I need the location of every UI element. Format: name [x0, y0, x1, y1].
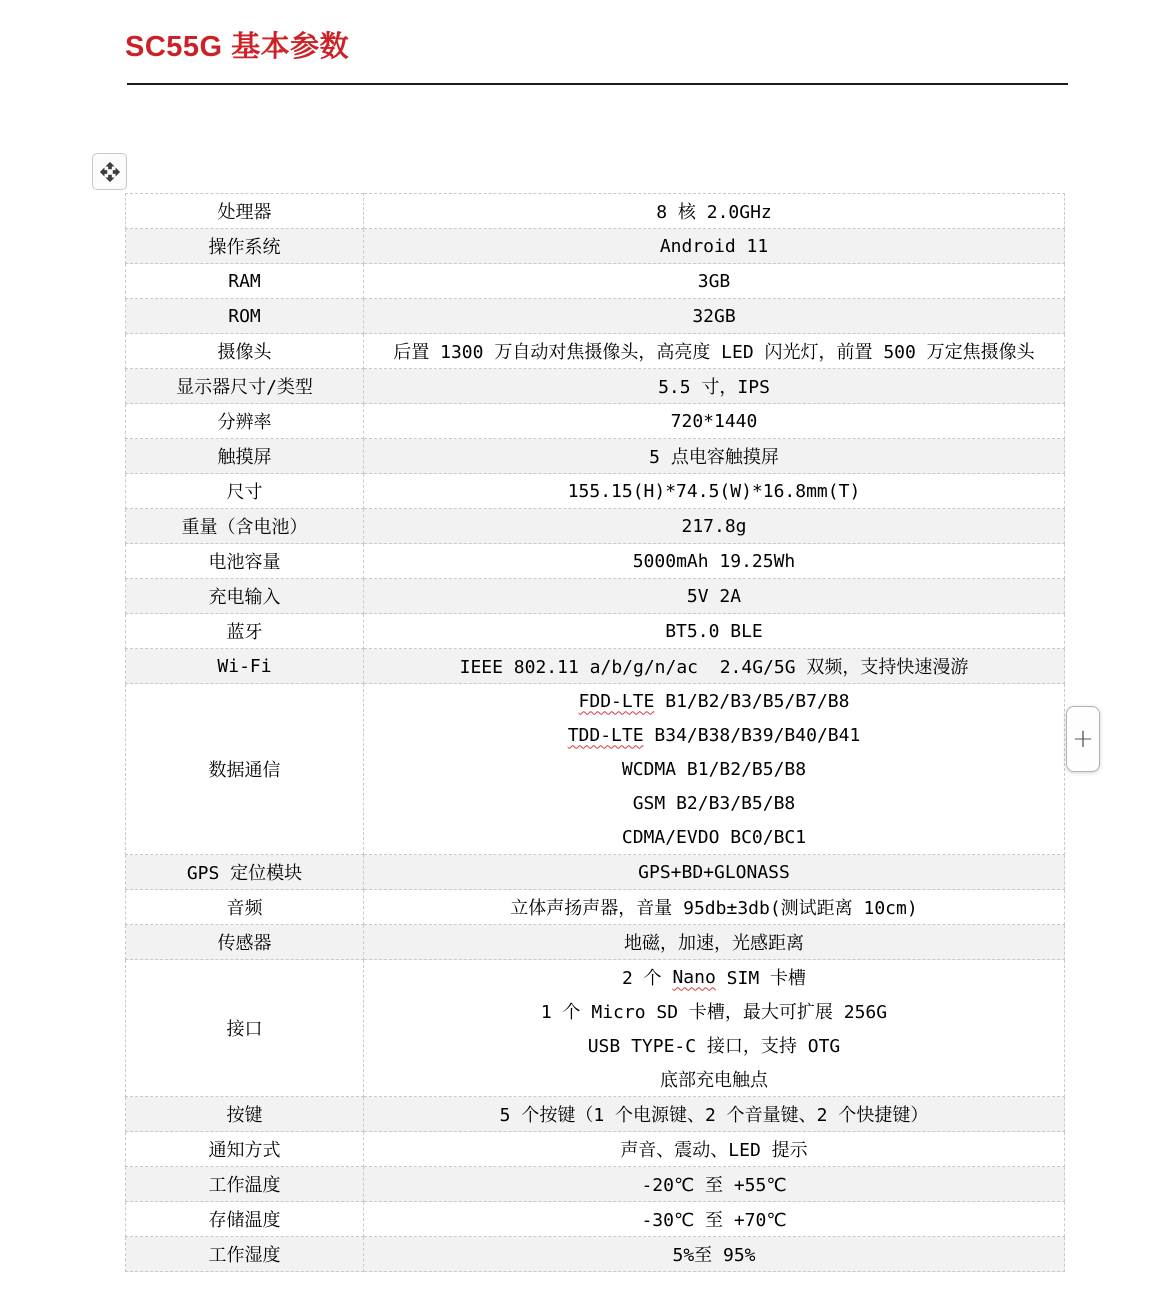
- table-row: 通知方式声音、震动、LED 提示: [126, 1132, 1065, 1167]
- table-row: ROM32GB: [126, 299, 1065, 334]
- page-title: SC55G 基本参数: [125, 24, 349, 65]
- spec-value-line: 3GB: [364, 264, 1064, 298]
- spec-label-cell: GPS 定位模块: [126, 855, 364, 890]
- spec-value-text: 2 个: [622, 964, 673, 990]
- spec-value-cell: 155.15(H)*74.5(W)*16.8mm(T): [364, 474, 1065, 509]
- spec-label-cell: 数据通信: [126, 684, 364, 855]
- table-row: 显示器尺寸/类型5.5 寸，IPS: [126, 369, 1065, 404]
- spec-value-line: 1 个 Micro SD 卡槽，最大可扩展 256G: [364, 994, 1064, 1028]
- table-row: 接口2 个 Nano SIM 卡槽1 个 Micro SD 卡槽，最大可扩展 2…: [126, 960, 1065, 1097]
- spec-value-cell: 720*1440: [364, 404, 1065, 439]
- spec-value-line: Android 11: [364, 229, 1064, 263]
- spec-value-line: -30℃ 至 +70℃: [364, 1202, 1064, 1236]
- spec-value-line: 声音、震动、LED 提示: [364, 1132, 1064, 1166]
- spec-value-cell: 5 个按键（1 个电源键、2 个音量键、2 个快捷键）: [364, 1097, 1065, 1132]
- spec-value-line: 2 个 Nano SIM 卡槽: [364, 960, 1064, 994]
- table-row: 重量（含电池）217.8g: [126, 509, 1065, 544]
- spec-label-cell: 蓝牙: [126, 614, 364, 649]
- spec-label-cell: 工作温度: [126, 1167, 364, 1202]
- title-divider: [127, 83, 1068, 85]
- spec-value-cell: 8 核 2.0GHz: [364, 194, 1065, 229]
- spec-value-cell: GPS+BD+GLONASS: [364, 855, 1065, 890]
- spec-value-line: GPS+BD+GLONASS: [364, 855, 1064, 889]
- spec-page: SC55G 基本参数 处理器8 核 2.0GHz操作系统Android 11RA…: [0, 0, 1172, 1308]
- spec-label-cell: 按键: [126, 1097, 364, 1132]
- spec-label-cell: 重量（含电池）: [126, 509, 364, 544]
- table-row: 摄像头后置 1300 万自动对焦摄像头，高亮度 LED 闪光灯，前置 500 万…: [126, 334, 1065, 369]
- table-row: 处理器8 核 2.0GHz: [126, 194, 1065, 229]
- add-row-button[interactable]: +: [1066, 706, 1100, 772]
- spellcheck-marked-text: FDD-LTE: [579, 691, 655, 712]
- table-row: 传感器地磁，加速，光感距离: [126, 925, 1065, 960]
- spec-value-line: 217.8g: [364, 509, 1064, 543]
- spec-value-cell: 5.5 寸，IPS: [364, 369, 1065, 404]
- spellcheck-marked-text: TDD-LTE: [568, 725, 644, 746]
- spec-value-line: 地磁，加速，光感距离: [364, 925, 1064, 959]
- spec-value-cell: -30℃ 至 +70℃: [364, 1202, 1065, 1237]
- table-row: 音频立体声扬声器，音量 95db±3db(测试距离 10cm): [126, 890, 1065, 925]
- spellcheck-marked-text: Nano: [672, 967, 715, 988]
- spec-label-cell: ROM: [126, 299, 364, 334]
- spec-value-cell: IEEE 802.11 a/b/g/n/ac 2.4G/5G 双频，支持快速漫游: [364, 649, 1065, 684]
- spec-value-line: 155.15(H)*74.5(W)*16.8mm(T): [364, 474, 1064, 508]
- spec-value-cell: 5%至 95%: [364, 1237, 1065, 1272]
- table-row: 按键5 个按键（1 个电源键、2 个音量键、2 个快捷键）: [126, 1097, 1065, 1132]
- spec-value-cell: 声音、震动、LED 提示: [364, 1132, 1065, 1167]
- spec-value-line: USB TYPE-C 接口，支持 OTG: [364, 1028, 1064, 1062]
- spec-value-line: 后置 1300 万自动对焦摄像头，高亮度 LED 闪光灯，前置 500 万定焦摄…: [364, 334, 1064, 368]
- spec-value-line: TDD-LTE B34/B38/B39/B40/B41: [364, 718, 1064, 752]
- spec-value-cell: -20℃ 至 +55℃: [364, 1167, 1065, 1202]
- table-row: GPS 定位模块GPS+BD+GLONASS: [126, 855, 1065, 890]
- spec-label-cell: 尺寸: [126, 474, 364, 509]
- spec-label-cell: 显示器尺寸/类型: [126, 369, 364, 404]
- spec-value-line: 8 核 2.0GHz: [364, 194, 1064, 228]
- spec-value-cell: 后置 1300 万自动对焦摄像头，高亮度 LED 闪光灯，前置 500 万定焦摄…: [364, 334, 1065, 369]
- spec-label-cell: 处理器: [126, 194, 364, 229]
- spec-label-cell: Wi-Fi: [126, 649, 364, 684]
- spec-value-line: 5 个按键（1 个电源键、2 个音量键、2 个快捷键）: [364, 1097, 1064, 1131]
- table-row: 充电输入5V 2A: [126, 579, 1065, 614]
- move-icon: [99, 161, 121, 183]
- spec-value-line: 5%至 95%: [364, 1237, 1064, 1271]
- spec-value-line: CDMA/EVDO BC0/BC1: [364, 820, 1064, 854]
- table-row: 蓝牙BT5.0 BLE: [126, 614, 1065, 649]
- spec-label-cell: 操作系统: [126, 229, 364, 264]
- table-row: 工作温度-20℃ 至 +55℃: [126, 1167, 1065, 1202]
- spec-value-cell: 地磁，加速，光感距离: [364, 925, 1065, 960]
- spec-value-text: B1/B2/B3/B5/B7/B8: [654, 691, 849, 712]
- spec-label-cell: 触摸屏: [126, 439, 364, 474]
- spec-label-cell: 充电输入: [126, 579, 364, 614]
- spec-value-cell: 5V 2A: [364, 579, 1065, 614]
- table-row: 工作湿度5%至 95%: [126, 1237, 1065, 1272]
- table-row: Wi-FiIEEE 802.11 a/b/g/n/ac 2.4G/5G 双频，支…: [126, 649, 1065, 684]
- table-row: 数据通信FDD-LTE B1/B2/B3/B5/B7/B8TDD-LTE B34…: [126, 684, 1065, 855]
- drag-handle-button[interactable]: [92, 153, 127, 190]
- table-row: 电池容量5000mAh 19.25Wh: [126, 544, 1065, 579]
- spec-value-line: 720*1440: [364, 404, 1064, 438]
- spec-label-cell: 传感器: [126, 925, 364, 960]
- table-row: 尺寸155.15(H)*74.5(W)*16.8mm(T): [126, 474, 1065, 509]
- spec-label-cell: 接口: [126, 960, 364, 1097]
- spec-value-line: BT5.0 BLE: [364, 614, 1064, 648]
- table-row: 存储温度-30℃ 至 +70℃: [126, 1202, 1065, 1237]
- spec-table: 处理器8 核 2.0GHz操作系统Android 11RAM3GBROM32GB…: [125, 193, 1065, 1272]
- spec-value-cell: 5000mAh 19.25Wh: [364, 544, 1065, 579]
- spec-value-line: 5.5 寸，IPS: [364, 369, 1064, 403]
- spec-value-line: IEEE 802.11 a/b/g/n/ac 2.4G/5G 双频，支持快速漫游: [364, 649, 1064, 683]
- spec-label-cell: 摄像头: [126, 334, 364, 369]
- spec-value-line: 立体声扬声器，音量 95db±3db(测试距离 10cm): [364, 890, 1064, 924]
- spec-label-cell: 存储温度: [126, 1202, 364, 1237]
- spec-value-cell: 2 个 Nano SIM 卡槽1 个 Micro SD 卡槽，最大可扩展 256…: [364, 960, 1065, 1097]
- table-row: 操作系统Android 11: [126, 229, 1065, 264]
- spec-value-line: -20℃ 至 +55℃: [364, 1167, 1064, 1201]
- spec-label-cell: 通知方式: [126, 1132, 364, 1167]
- spec-value-cell: 32GB: [364, 299, 1065, 334]
- table-row: RAM3GB: [126, 264, 1065, 299]
- spec-value-cell: Android 11: [364, 229, 1065, 264]
- spec-value-cell: 5 点电容触摸屏: [364, 439, 1065, 474]
- plus-icon: +: [1072, 726, 1094, 752]
- spec-label-cell: 工作湿度: [126, 1237, 364, 1272]
- spec-value-cell: 立体声扬声器，音量 95db±3db(测试距离 10cm): [364, 890, 1065, 925]
- spec-label-cell: 分辨率: [126, 404, 364, 439]
- spec-value-line: FDD-LTE B1/B2/B3/B5/B7/B8: [364, 684, 1064, 718]
- spec-value-line: 5000mAh 19.25Wh: [364, 544, 1064, 578]
- spec-value-cell: 3GB: [364, 264, 1065, 299]
- spec-value-line: 5V 2A: [364, 579, 1064, 613]
- table-row: 触摸屏5 点电容触摸屏: [126, 439, 1065, 474]
- spec-value-cell: BT5.0 BLE: [364, 614, 1065, 649]
- spec-value-cell: FDD-LTE B1/B2/B3/B5/B7/B8TDD-LTE B34/B38…: [364, 684, 1065, 855]
- spec-label-cell: RAM: [126, 264, 364, 299]
- spec-value-line: GSM B2/B3/B5/B8: [364, 786, 1064, 820]
- spec-value-line: WCDMA B1/B2/B5/B8: [364, 752, 1064, 786]
- table-row: 分辨率720*1440: [126, 404, 1065, 439]
- spec-value-text: SIM 卡槽: [716, 964, 806, 990]
- spec-label-cell: 音频: [126, 890, 364, 925]
- spec-value-line: 5 点电容触摸屏: [364, 439, 1064, 473]
- spec-label-cell: 电池容量: [126, 544, 364, 579]
- spec-value-line: 底部充电触点: [364, 1062, 1064, 1096]
- spec-value-text: B34/B38/B39/B40/B41: [644, 725, 861, 746]
- spec-value-cell: 217.8g: [364, 509, 1065, 544]
- spec-value-line: 32GB: [364, 299, 1064, 333]
